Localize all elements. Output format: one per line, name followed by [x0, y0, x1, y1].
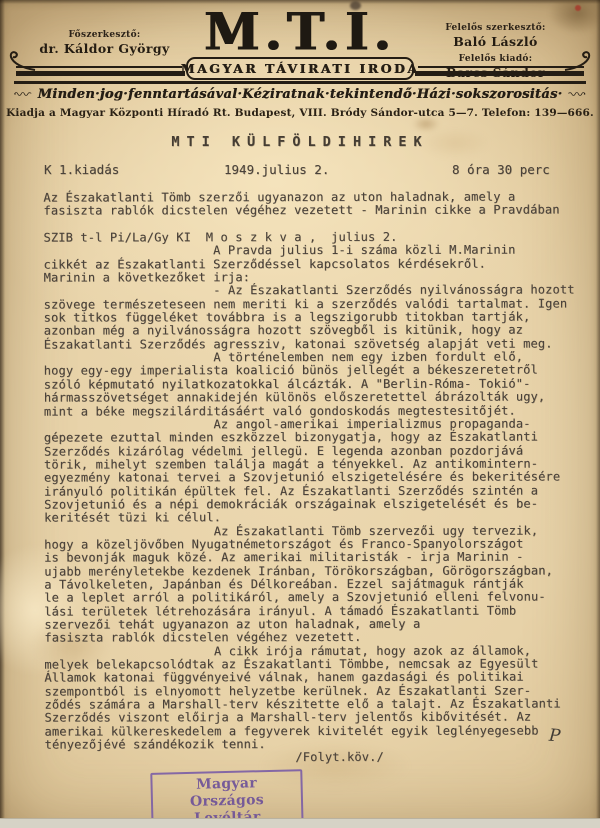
- flourish-icon: [6, 50, 36, 72]
- agency-banner: MAGYAR TÁVIRATI IRODA: [186, 57, 414, 80]
- rule-line: [16, 71, 185, 76]
- scan-edge-bottom: [0, 818, 600, 828]
- agency-banner-text: MAGYAR TÁVIRATI IRODA: [181, 61, 420, 76]
- issue-date: 1949.julius 2.: [224, 162, 329, 177]
- editor-in-chief-label: Főszerkesztő:: [22, 30, 187, 40]
- issue-time: 8 óra 30 perc: [452, 162, 550, 177]
- handwritten-mark: P: [548, 726, 561, 747]
- responsible-editor-label: Felelős szerkesztő:: [408, 23, 583, 33]
- scroll-ornament-icon: [568, 86, 586, 102]
- mti-logo: M.T.I.: [190, 1, 410, 61]
- edition-number: K 1.kiadás: [44, 162, 119, 177]
- archive-stamp-line1: Magyar Országos: [158, 774, 295, 811]
- body-line: fasiszta rablók dicstelen végéhez vezete…: [43, 204, 588, 218]
- responsible-editor-name: Baló László: [408, 34, 583, 49]
- scan-edge-right: [596, 0, 600, 828]
- editor-in-chief-block: Főszerkesztő: dr. Káldor György: [22, 30, 187, 56]
- bulletin-title: MTI KÜLFÖLDIHIREK: [0, 134, 600, 150]
- scanned-document-page: Főszerkesztő: dr. Káldor György M.T.I. F…: [0, 0, 600, 828]
- editor-in-chief-name: dr. Káldor György: [22, 41, 187, 56]
- body-line: Szovjetunió és a népi demokráciák ország…: [44, 497, 589, 511]
- rights-line: Minden·jog·fenntartásával·Kéziratnak·tek…: [38, 87, 563, 102]
- edition-row: K 1.kiadás 1949.julius 2. 8 óra 30 perc: [0, 162, 600, 178]
- rule-line: [16, 66, 182, 68]
- rights-row: Minden·jog·fenntartásával·Kéziratnak·tek…: [14, 84, 586, 104]
- flourish-icon: [564, 50, 594, 72]
- paper-stain: [575, 5, 581, 11]
- responsible-publisher-label: Felelős kiadó:: [408, 54, 583, 64]
- rule-line: [415, 71, 584, 76]
- body-line: /Folyt.köv./: [45, 751, 590, 765]
- scroll-ornament-icon: [14, 86, 32, 102]
- publisher-line: Kiadja a Magyar Központi Híradó Rt. Buda…: [0, 107, 600, 119]
- rule-line: [418, 66, 584, 68]
- scan-edge-left: [0, 0, 5, 828]
- article-body: Az Északatlanti Tömb szerzői ugyanazon a…: [43, 190, 589, 765]
